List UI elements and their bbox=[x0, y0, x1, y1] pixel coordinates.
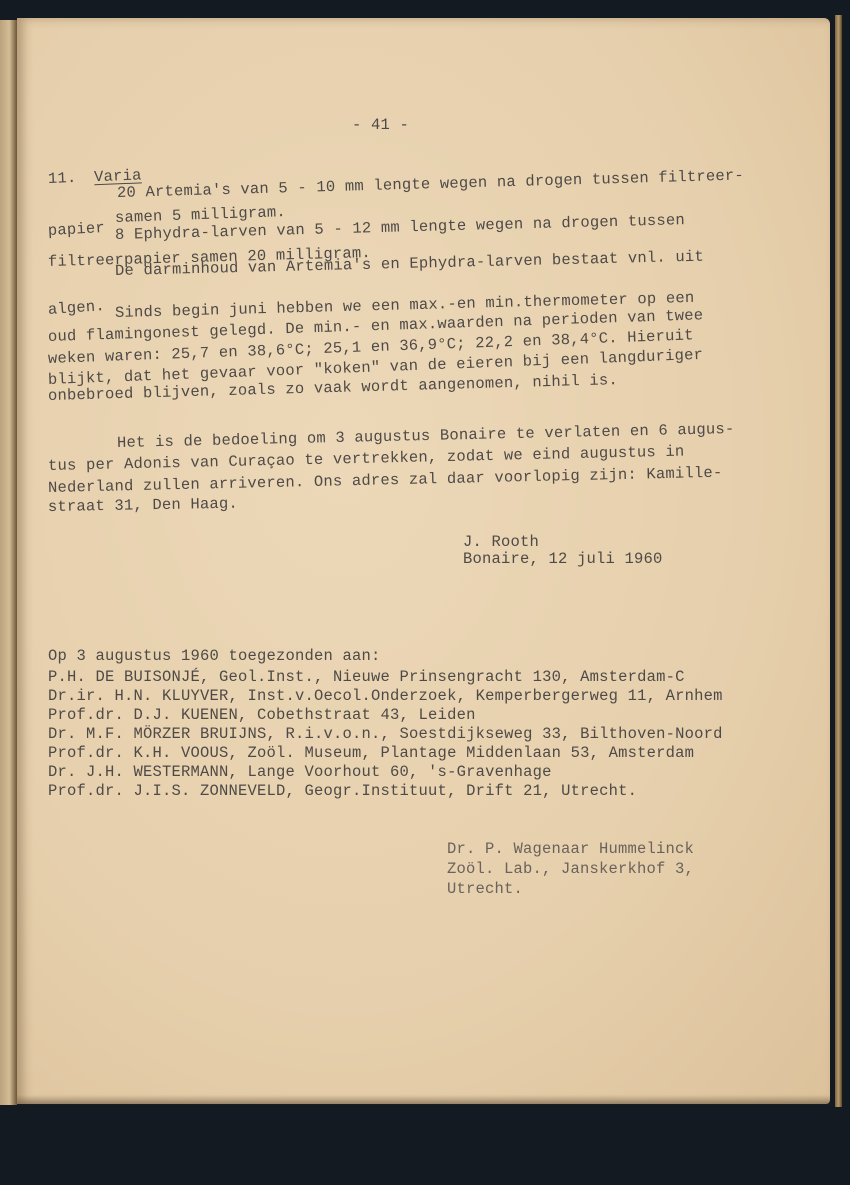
recipient-item: Dr. J.H. WESTERMANN, Lange Voorhout 60, … bbox=[48, 765, 552, 781]
signature-place-date: Bonaire, 12 juli 1960 bbox=[463, 552, 663, 568]
text-line: algen. bbox=[47, 299, 105, 318]
recipient-item: Dr. M.F. MÖRZER BRUIJNS, R.i.v.o.n., Soe… bbox=[48, 727, 723, 743]
distribution-heading: Op 3 augustus 1960 toegezonden aan: bbox=[48, 649, 381, 665]
recipient-item: Prof.dr. D.J. KUENEN, Cobethstraat 43, L… bbox=[48, 708, 476, 724]
signature-name: J. Rooth bbox=[463, 535, 539, 551]
page-stack-edge bbox=[835, 15, 842, 1107]
page-bottom-shadow bbox=[17, 1095, 830, 1105]
recipient-item: Prof.dr. J.I.S. ZONNEVELD, Geogr.Institu… bbox=[48, 784, 637, 800]
recipient-item: Dr.ir. H.N. KLUYVER, Inst.v.Oecol.Onderz… bbox=[48, 689, 723, 705]
page-number: - 41 - bbox=[352, 118, 409, 134]
book-binding-left bbox=[0, 20, 17, 1105]
recipient-item: Prof.dr. K.H. VOOUS, Zoöl. Museum, Plant… bbox=[48, 746, 694, 762]
sender-name: Dr. P. Wagenaar Hummelinck bbox=[447, 842, 694, 858]
sender-city: Utrecht. bbox=[447, 882, 523, 898]
recipient-item: P.H. DE BUISONJÉ, Geol.Inst., Nieuwe Pri… bbox=[48, 670, 685, 686]
text-line: papier bbox=[48, 221, 106, 239]
text-line: straat 31, Den Haag. bbox=[48, 497, 238, 516]
section-number: 11. bbox=[48, 169, 77, 188]
sender-address: Zoöl. Lab., Janskerkhof 3, bbox=[447, 862, 694, 878]
